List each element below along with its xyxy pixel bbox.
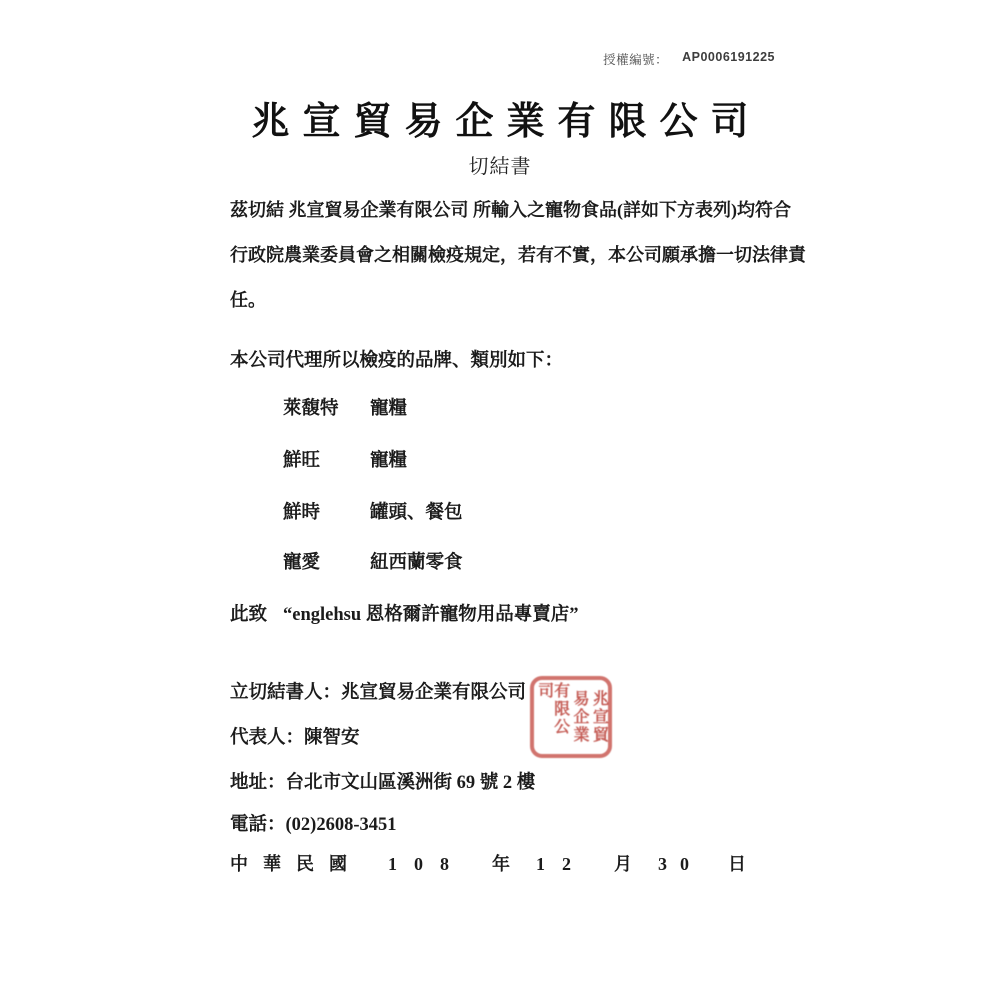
brand-row: 鮮時 罐頭、餐包 bbox=[283, 498, 463, 524]
phone-line: 電話：(02)2608-3451 bbox=[230, 810, 396, 836]
authorization-label: 授權編號： bbox=[603, 50, 668, 68]
brand-row: 寵愛 紐西蘭零食 bbox=[283, 548, 463, 574]
representative-line: 代表人：陳智安 bbox=[230, 723, 360, 749]
brand-category: 寵糧 bbox=[370, 394, 407, 420]
date-year-label: 年 bbox=[492, 850, 510, 876]
seal-column: 易企業 bbox=[571, 690, 587, 744]
brand-row: 萊馥特 寵糧 bbox=[283, 394, 407, 420]
company-title: 兆宣貿易企業有限公司 bbox=[0, 90, 1000, 145]
brand-name: 鮮時 bbox=[283, 498, 370, 524]
declarant-line: 立切結書人：兆宣貿易企業有限公司 bbox=[230, 678, 526, 704]
date-day: 30 bbox=[658, 854, 702, 875]
seal-column: 有限公司 bbox=[536, 682, 568, 752]
document-subtitle: 切結書 bbox=[0, 150, 1000, 179]
date-month: 12 bbox=[536, 854, 588, 875]
company-seal-stamp: 兆宣貿 易企業 有限公司 bbox=[530, 676, 612, 758]
brand-category: 寵糧 bbox=[370, 446, 407, 472]
attention-recipient: “englehsu 恩格爾許寵物用品專賣店” bbox=[283, 600, 579, 626]
affidavit-document: 授權編號： AP0006191225 兆宣貿易企業有限公司 切結書 茲切結 兆宣… bbox=[0, 0, 1000, 1000]
authorization-number: AP0006191225 bbox=[682, 50, 775, 68]
paragraph-line: 任。 bbox=[230, 278, 790, 323]
date-year: 108 bbox=[388, 854, 466, 875]
date-day-label: 日 bbox=[728, 850, 746, 876]
brand-name: 寵愛 bbox=[283, 548, 370, 574]
paragraph-line: 行政院農業委員會之相關檢疫規定，若有不實，本公司願承擔一切法律責 bbox=[230, 233, 790, 278]
brand-category: 紐西蘭零食 bbox=[370, 548, 463, 574]
date-line: 中華民國 108 年 12 月 30 日 bbox=[230, 850, 746, 876]
authorization-number-line: 授權編號： AP0006191225 bbox=[603, 50, 775, 68]
paragraph-line: 茲切結 兆宣貿易企業有限公司 所輸入之寵物食品(詳如下方表列)均符合 bbox=[230, 188, 790, 233]
attention-line: 此致 “englehsu 恩格爾許寵物用品專賣店” bbox=[230, 600, 579, 626]
declaration-paragraph: 茲切結 兆宣貿易企業有限公司 所輸入之寵物食品(詳如下方表列)均符合 行政院農業… bbox=[230, 188, 790, 323]
seal-column: 兆宣貿 bbox=[590, 690, 606, 744]
attention-label: 此致 bbox=[230, 600, 267, 626]
brand-row: 鮮旺 寵糧 bbox=[283, 446, 407, 472]
address-line: 地址：台北市文山區溪洲街 69 號 2 樓 bbox=[230, 768, 535, 794]
date-month-label: 月 bbox=[614, 850, 632, 876]
brand-category: 罐頭、餐包 bbox=[370, 498, 463, 524]
brand-name: 萊馥特 bbox=[283, 394, 370, 420]
brand-name: 鮮旺 bbox=[283, 446, 370, 472]
brands-heading: 本公司代理所以檢疫的品牌、類別如下： bbox=[230, 346, 563, 372]
date-era: 中華民國 bbox=[230, 850, 362, 876]
